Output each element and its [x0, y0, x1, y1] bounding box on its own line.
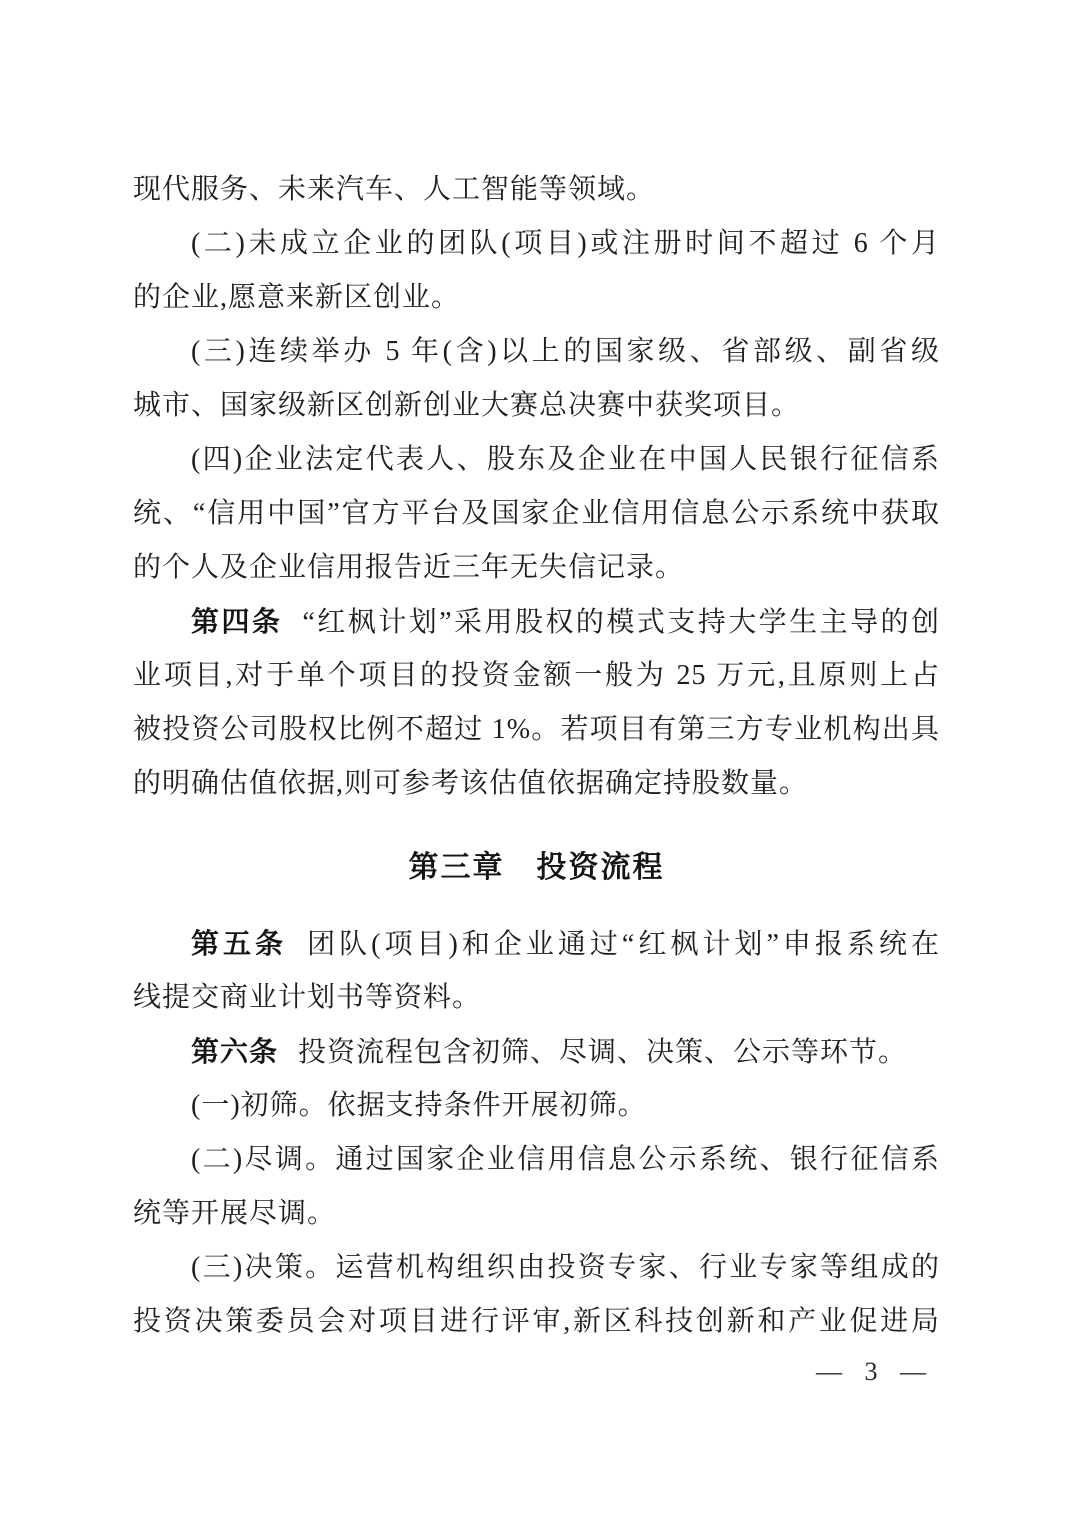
line-text: 的个人及企业信用报告近三年无失信记录。: [133, 552, 684, 583]
article-label: 第六条: [191, 1036, 278, 1067]
chapter-heading: 第三章 投资流程: [133, 841, 940, 895]
line-text: (三)连续举办 5 年(含)以上的国家级、省部级、副省级: [191, 336, 940, 367]
line-text: (一)初筛。依据支持条件开展初筛。: [191, 1090, 647, 1121]
page-number: — 3 —: [816, 1356, 927, 1388]
paragraph-line: 城市、国家级新区创新创业大赛总决赛中获奖项目。: [133, 379, 940, 433]
paragraph-line: (三)连续举办 5 年(含)以上的国家级、省部级、副省级: [133, 325, 940, 379]
line-text: 统、“信用中国”官方平台及国家企业信用信息公示系统中获取: [133, 498, 940, 529]
paragraph-line: 第四条“红枫计划”采用股权的模式支持大学生主导的创: [133, 595, 940, 649]
line-text: 业项目,对于单个项目的投资金额一般为 25 万元,且原则上占: [133, 660, 940, 691]
line-text: 现代服务、未来汽车、人工智能等领域。: [133, 174, 655, 205]
line-text: 被投资公司股权比例不超过 1%。若项目有第三方专业机构出具: [133, 714, 940, 745]
line-text: 统等开展尽调。: [133, 1198, 336, 1229]
paragraph-line: 投资决策委员会对项目进行评审,新区科技创新和产业促进局: [133, 1295, 940, 1349]
line-text: 投资流程包含初筛、尽调、决策、公示等环节。: [298, 1037, 907, 1068]
document-body: 现代服务、未来汽车、人工智能等领域。 (二)未成立企业的团队(项目)或注册时间不…: [133, 163, 940, 1349]
paragraph-line: (三)决策。运营机构组织由投资专家、行业专家等组成的: [133, 1241, 940, 1295]
paragraph-line: 线提交商业计划书等资料。: [133, 971, 940, 1025]
line-text: (二)尽调。通过国家企业信用信息公示系统、银行征信系: [191, 1144, 940, 1175]
line-text: 的明确估值依据,则可参考该估值依据确定持股数量。: [133, 768, 808, 799]
paragraph-line: 的明确估值依据,则可参考该估值依据确定持股数量。: [133, 757, 940, 811]
line-text: 城市、国家级新区创新创业大赛总决赛中获奖项目。: [133, 390, 800, 421]
line-text: (三)决策。运营机构组织由投资专家、行业专家等组成的: [191, 1252, 940, 1283]
paragraph-line: 统等开展尽调。: [133, 1187, 940, 1241]
line-text: (二)未成立企业的团队(项目)或注册时间不超过 6 个月: [191, 228, 940, 259]
paragraph-line: (二)未成立企业的团队(项目)或注册时间不超过 6 个月: [133, 217, 940, 271]
paragraph-line: 的个人及企业信用报告近三年无失信记录。: [133, 541, 940, 595]
paragraph-line: 业项目,对于单个项目的投资金额一般为 25 万元,且原则上占: [133, 649, 940, 703]
paragraph-line: 统、“信用中国”官方平台及国家企业信用信息公示系统中获取: [133, 487, 940, 541]
line-text: “红枫计划”采用股权的模式支持大学生主导的创: [302, 607, 940, 638]
paragraph-line: 第五条团队(项目)和企业通过“红枫计划”申报系统在: [133, 917, 940, 971]
paragraph-line: 现代服务、未来汽车、人工智能等领域。: [133, 163, 940, 217]
paragraph-line: 第六条投资流程包含初筛、尽调、决策、公示等环节。: [133, 1025, 940, 1079]
line-text: 投资决策委员会对项目进行评审,新区科技创新和产业促进局: [133, 1306, 940, 1337]
paragraph-line: (四)企业法定代表人、股东及企业在中国人民银行征信系: [133, 433, 940, 487]
line-text: 团队(项目)和企业通过“红枫计划”申报系统在: [307, 929, 940, 960]
article-label: 第四条: [191, 606, 282, 637]
document-page: 现代服务、未来汽车、人工智能等领域。 (二)未成立企业的团队(项目)或注册时间不…: [0, 0, 1074, 1520]
article-label: 第五条: [191, 928, 287, 959]
paragraph-line: (一)初筛。依据支持条件开展初筛。: [133, 1079, 940, 1133]
line-text: 的企业,愿意来新区创业。: [133, 282, 460, 313]
paragraph-line: 被投资公司股权比例不超过 1%。若项目有第三方专业机构出具: [133, 703, 940, 757]
paragraph-line: (二)尽调。通过国家企业信用信息公示系统、银行征信系: [133, 1133, 940, 1187]
line-text: 线提交商业计划书等资料。: [133, 982, 481, 1013]
line-text: (四)企业法定代表人、股东及企业在中国人民银行征信系: [191, 444, 940, 475]
paragraph-line: 的企业,愿意来新区创业。: [133, 271, 940, 325]
